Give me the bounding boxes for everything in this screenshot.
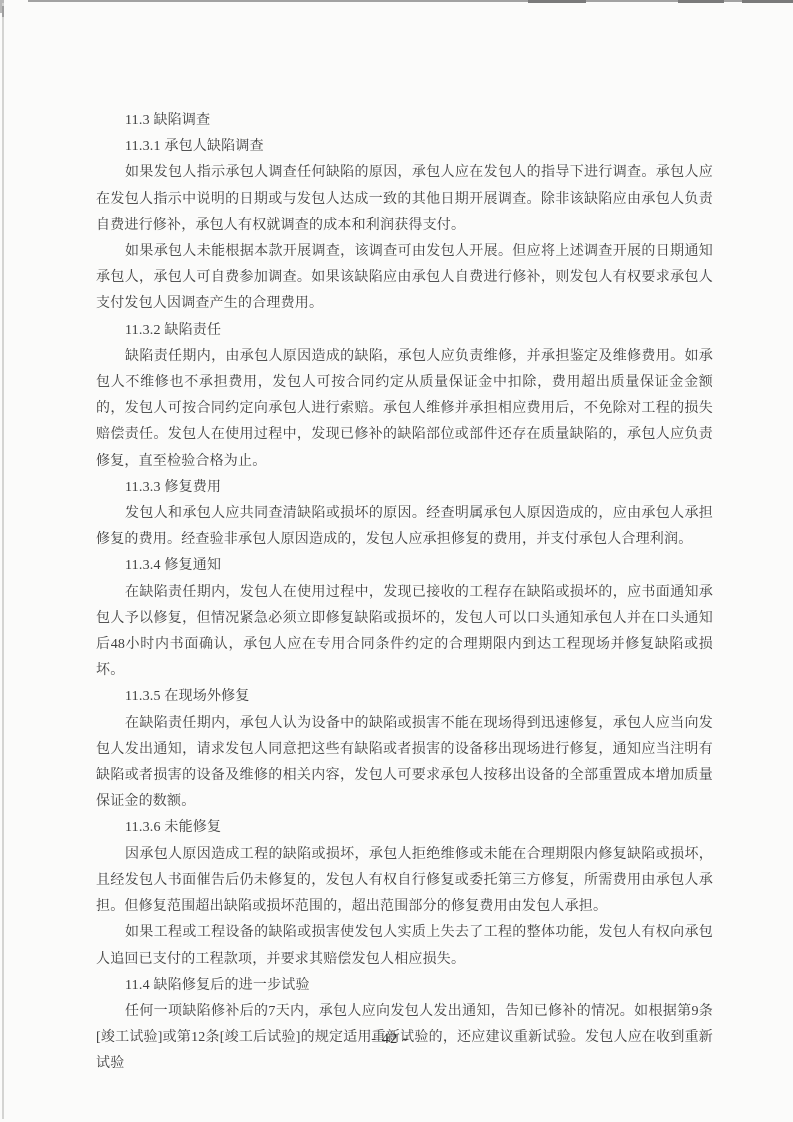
paragraph: 如果承包人未能根据本款开展调查，该调查可由发包人开展。但应将上述调查开展的日期通… [96,239,713,318]
paragraph: 发包人和承包人应共同查清缺陷或损坏的原因。经查明属承包人原因造成的，应由承包人承… [96,501,713,553]
section-heading: 11.4 缺陷修复后的进一步试验 [96,973,713,999]
page-number: - 42 - [0,1031,780,1048]
document-body: 11.3 缺陷调查11.3.1 承包人缺陷调查如果发包人指示承包人调查任何缺陷的… [96,108,713,1078]
scan-artifact-top-dash [678,0,724,3]
scan-artifact-left-tick [2,6,4,17]
section-heading: 11.3.6 未能修复 [96,815,713,841]
scan-artifact-left-edge [2,3,4,1119]
paragraph: 在缺陷责任期内，发包人在使用过程中，发现已接收的工程存在缺陷或损坏的，应书面通知… [96,580,713,685]
paragraph: 如果工程或工程设备的缺陷或损害使发包人实质上失去了工程的整体功能，发包人有权向承… [96,920,713,972]
section-heading: 11.3.5 在现场外修复 [96,684,713,710]
document-page: 11.3 缺陷调查11.3.1 承包人缺陷调查如果发包人指示承包人调查任何缺陷的… [0,0,793,1122]
section-heading: 11.3 缺陷调查 [96,108,713,134]
section-heading: 11.3.3 修复费用 [96,475,713,501]
section-heading: 11.3.4 修复通知 [96,553,713,579]
scan-artifact-top-dash [742,0,793,3]
scan-artifact-top-dash [528,0,586,3]
paragraph: 缺陷责任期内，由承包人原因造成的缺陷，承包人应负责维修，并承担鉴定及维修费用。如… [96,344,713,475]
paragraph: 因承包人原因造成工程的缺陷或损坏，承包人拒绝维修或未能在合理期限内修复缺陷或损坏… [96,842,713,921]
paragraph: 如果发包人指示承包人调查任何缺陷的原因，承包人应在发包人的指导下进行调查。承包人… [96,160,713,239]
paragraph: 在缺陷责任期内，承包人认为设备中的缺陷或损害不能在现场得到迅速修复，承包人应当向… [96,711,713,816]
section-heading: 11.3.2 缺陷责任 [96,318,713,344]
section-heading: 11.3.1 承包人缺陷调查 [96,134,713,160]
